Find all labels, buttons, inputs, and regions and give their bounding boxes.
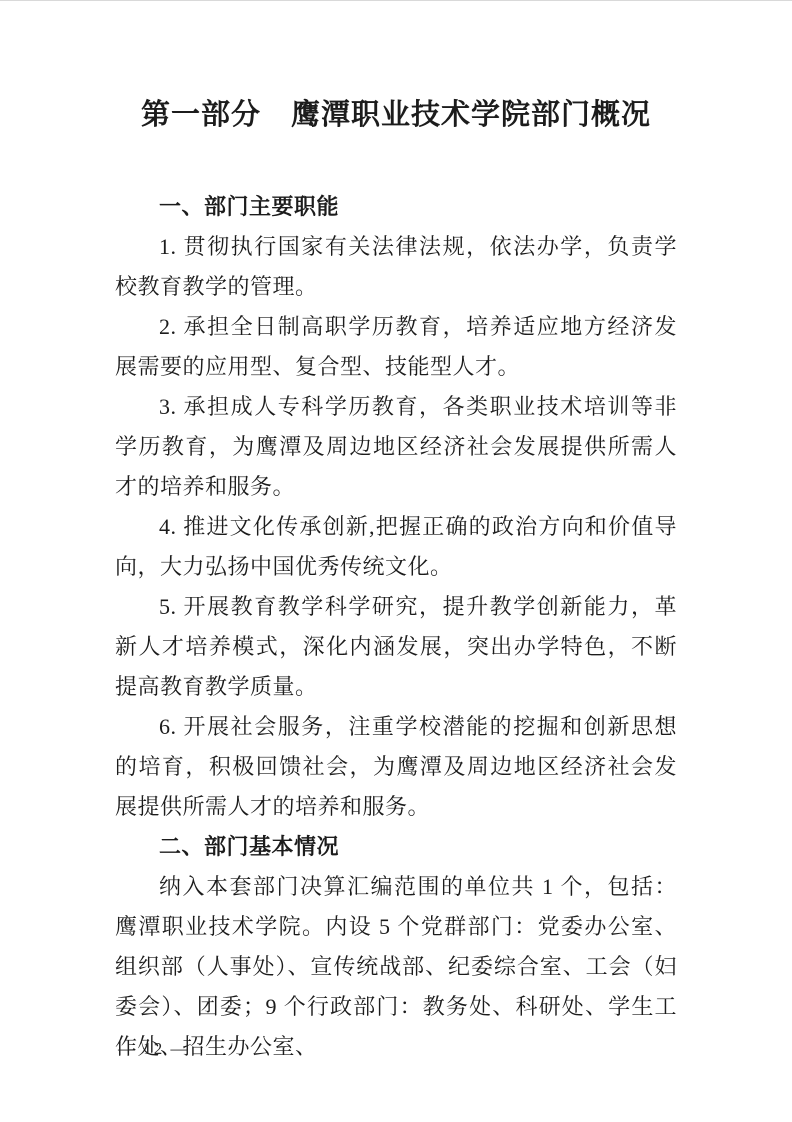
paragraph-duty-6: 6. 开展社会服务，注重学校潜能的挖掘和创新思想的培育，积极回馈社会，为鹰潭及周…: [115, 707, 677, 827]
footer-page-number: — 12 —: [118, 1039, 190, 1059]
paragraph-duty-3: 3. 承担成人专科学历教育，各类职业技术培训等非学历教育，为鹰潭及周边地区经济社…: [115, 387, 677, 507]
document-body: 一、部门主要职能 1. 贯彻执行国家有关法律法规，依法办学，负责学校教育教学的管…: [115, 137, 677, 1067]
paragraph-duty-5: 5. 开展教育教学科学研究，提升教学创新能力，革新人才培养模式，深化内涵发展，突…: [115, 587, 677, 707]
paragraph-duty-1: 1. 贯彻执行国家有关法律法规，依法办学，负责学校教育教学的管理。: [115, 227, 677, 307]
section-heading-main-duties: 一、部门主要职能: [115, 187, 677, 227]
section-heading-basic-info: 二、部门基本情况: [115, 827, 677, 867]
document-title: 第一部分 鹰潭职业技术学院部门概况: [0, 1, 792, 137]
paragraph-basic-info: 纳入本套部门决算汇编范围的单位共 1 个，包括：鹰潭职业技术学院。内设 5 个党…: [115, 867, 677, 1067]
paragraph-duty-4: 4. 推进文化传承创新,把握正确的政治方向和价值导向，大力弘扬中国优秀传统文化。: [115, 507, 677, 587]
document-page: 第一部分 鹰潭职业技术学院部门概况 一、部门主要职能 1. 贯彻执行国家有关法律…: [0, 0, 792, 1122]
paragraph-duty-2: 2. 承担全日制高职学历教育，培养适应地方经济发展需要的应用型、复合型、技能型人…: [115, 307, 677, 387]
